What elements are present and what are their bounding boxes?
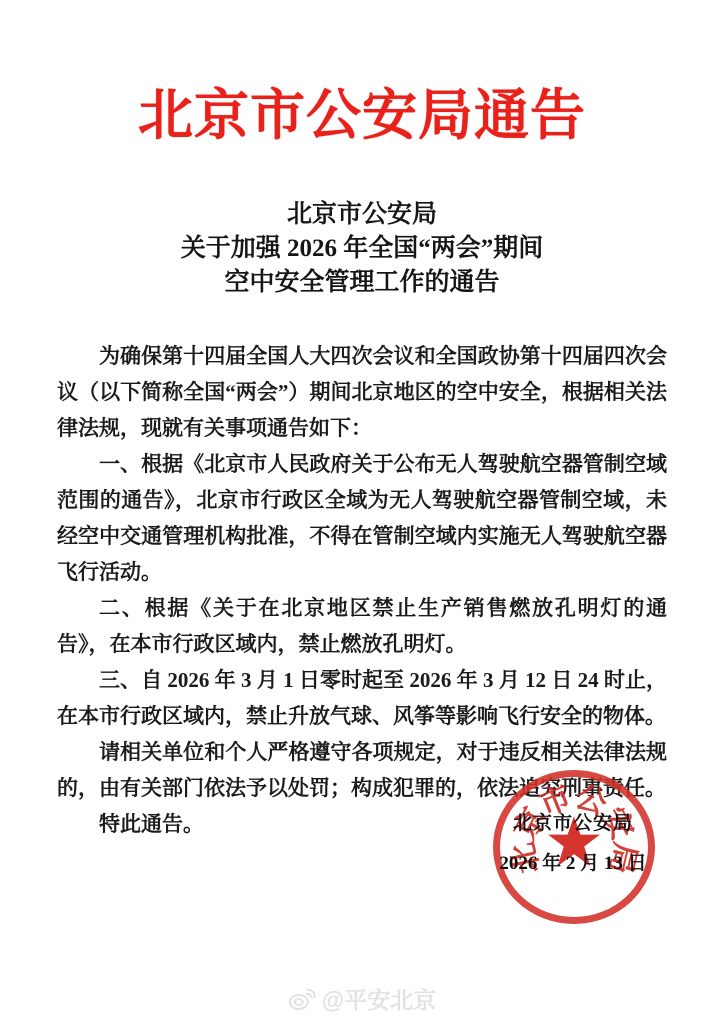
watermark-text: @平安北京 [322, 982, 436, 1015]
subtitle-line-3: 空中安全管理工作的通告 [0, 266, 724, 300]
subtitle-line-2: 关于加强 2026 年全国“两会”期间 [0, 232, 724, 266]
weibo-icon [288, 987, 316, 1011]
subtitle-line-1: 北京市公安局 [0, 198, 724, 232]
paragraph-item-2: 二、根据《关于在北京地区禁止生产销售燃放孔明灯的通告》，在本市行政区域内，禁止燃… [57, 590, 667, 662]
notice-document: 北京市公安局通告 北京市公安局 关于加强 2026 年全国“两会”期间 空中安全… [0, 0, 724, 1024]
signature-authority: 北京市公安局 [513, 808, 633, 835]
document-subtitle: 北京市公安局 关于加强 2026 年全国“两会”期间 空中安全管理工作的通告 [0, 198, 724, 300]
signature-date: 2026 年 2 月 13 日 [499, 848, 646, 875]
paragraph-intro: 为确保第十四届全国人大四次会议和全国政协第十四届四次会议（以下简称全国“两会”）… [57, 338, 667, 446]
watermark: @平安北京 [288, 982, 436, 1015]
document-title: 北京市公安局通告 [0, 84, 724, 148]
document-body: 为确保第十四届全国人大四次会议和全国政协第十四届四次会议（以下简称全国“两会”）… [57, 338, 667, 842]
paragraph-item-1: 一、根据《北京市人民政府关于公布无人驾驶航空器管制空域范围的通告》，北京市行政区… [57, 446, 667, 590]
paragraph-item-3: 三、自 2026 年 3 月 1 日零时起至 2026 年 3 月 12 日 2… [57, 662, 667, 734]
official-seal: 北 京 市 公 安 局 [493, 770, 655, 924]
